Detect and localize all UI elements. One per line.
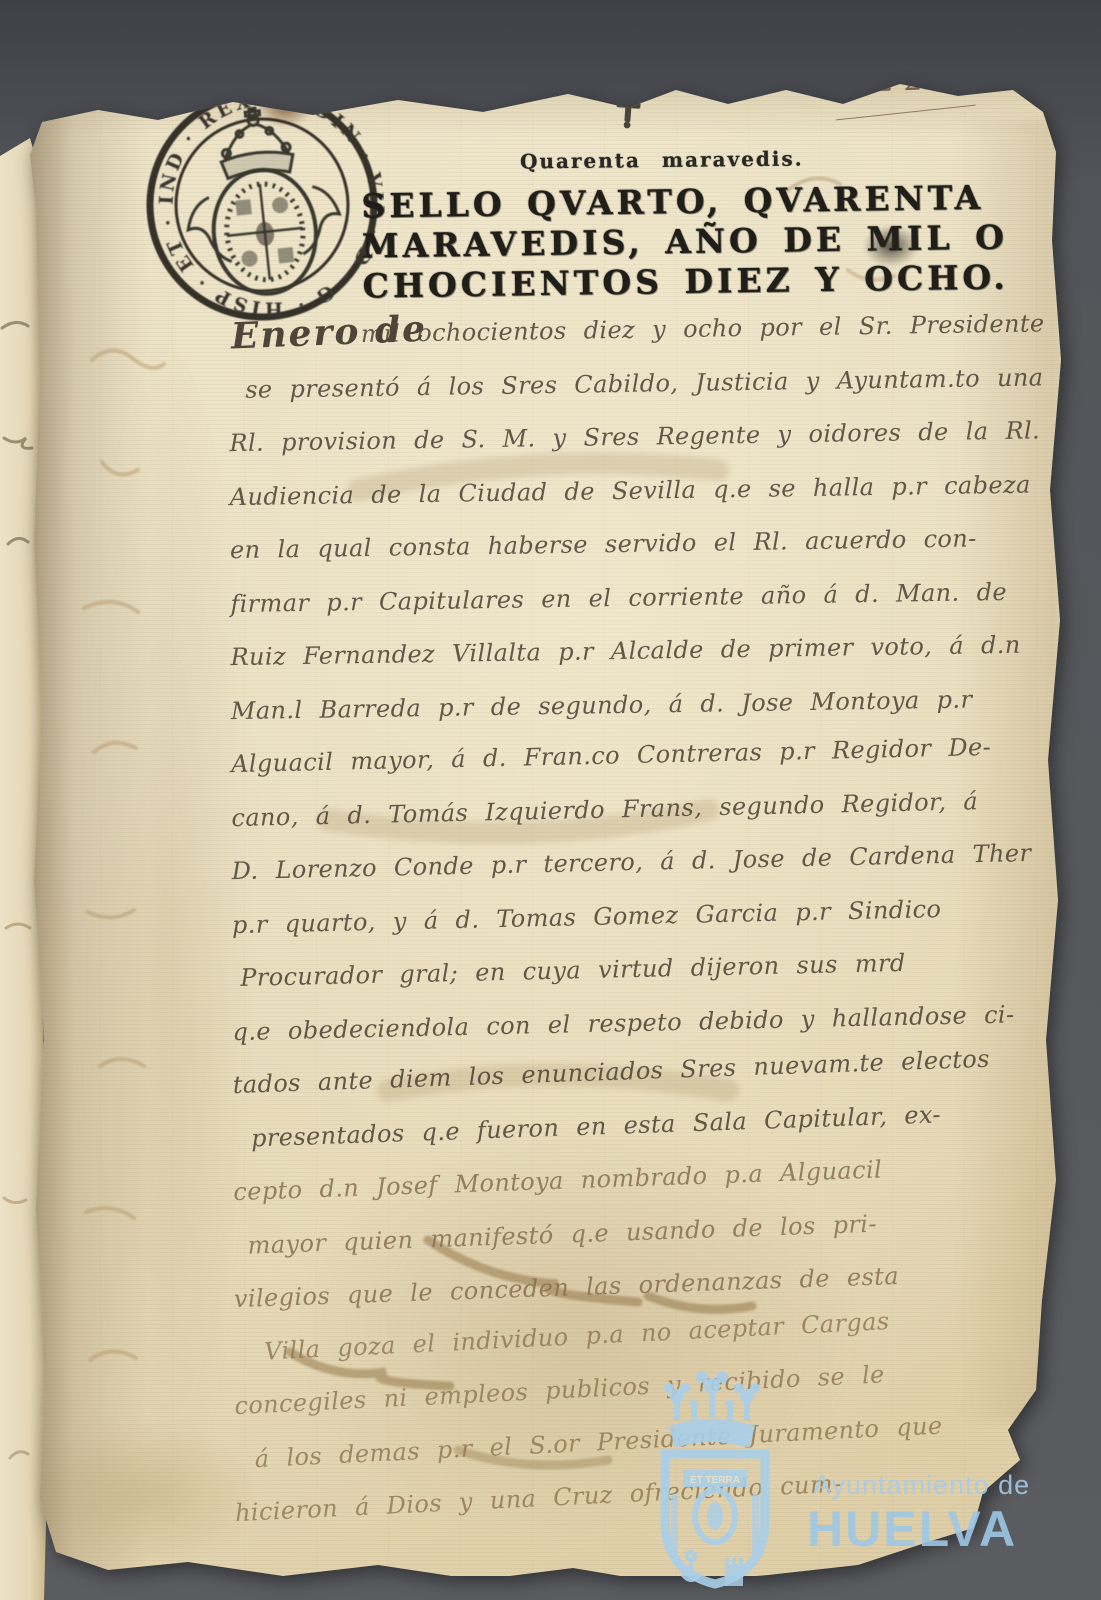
cross-ornament-icon <box>614 92 642 132</box>
folio-underline <box>836 105 975 121</box>
shield-banner-text: ET TERRA <box>690 1475 740 1486</box>
huelva-coat-of-arms-icon: ET TERRA <box>655 1362 815 1600</box>
watermark-org-text: Ayuntamiento de <box>813 1470 1030 1501</box>
archive-photo-background: { "page": { "folio_number": "22", "stamp… <box>0 0 1101 1600</box>
paper-left-stain <box>83 340 248 1530</box>
watermark-city-text: HUELVA <box>807 1500 1017 1558</box>
paper-corner-stain <box>28 1420 258 1570</box>
tax-value-line: Quarenta maravedis. <box>520 147 804 174</box>
tower-icon <box>725 1558 743 1586</box>
shield-icon: ET TERRA <box>665 1454 765 1586</box>
manuscript-text-block: Enero de mil ochocientos diez y ocho por… <box>229 306 1045 1541</box>
crown-icon <box>664 1371 760 1448</box>
folio-number: 22 <box>875 60 996 99</box>
paper-sheet: 22 FERDIN · VII · D · G · HISP <box>28 60 1068 1576</box>
huelva-watermark: ET TERRA Ayuntamiento de HUELVA <box>655 1362 1075 1600</box>
royal-seal-stamp: FERDIN · VII · D · G · HISP · ET · IND ·… <box>128 68 397 342</box>
sello-header-block: SELLO QVARTO, QVARENTA MARAVEDIS, AÑO DE… <box>361 177 1009 306</box>
manuscript-page: 22 FERDIN · VII · D · G · HISP <box>28 60 1068 1576</box>
